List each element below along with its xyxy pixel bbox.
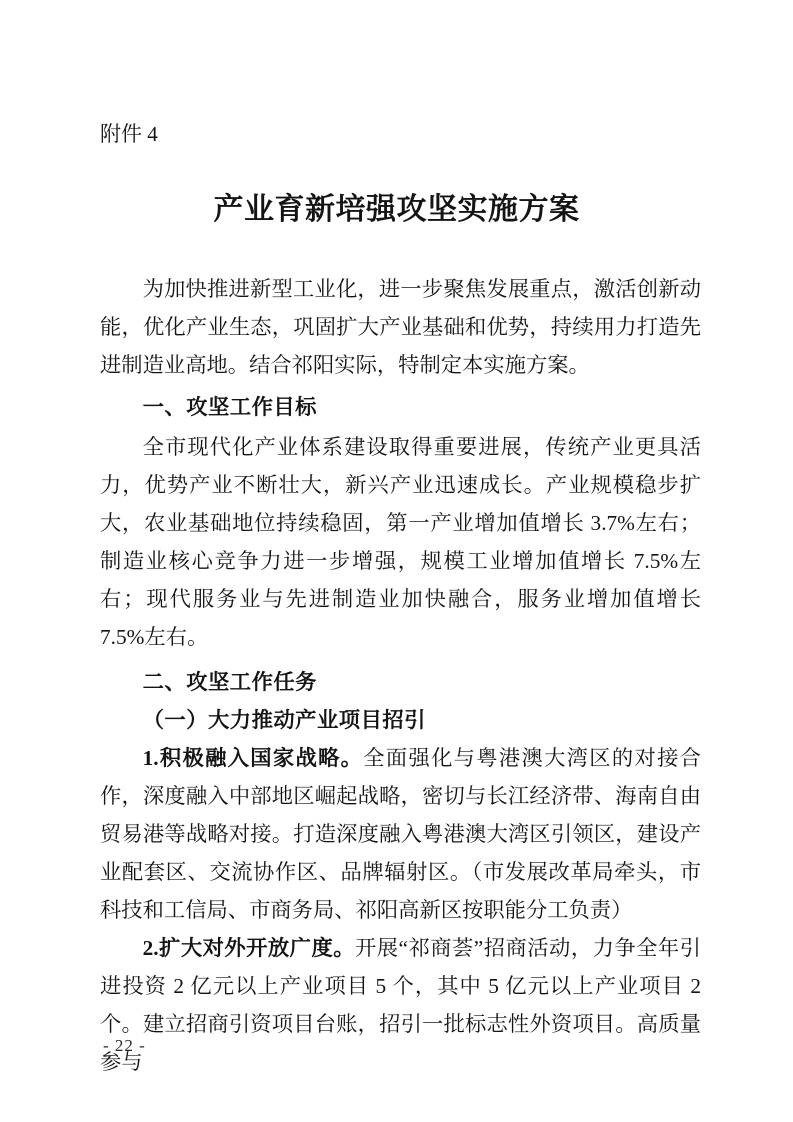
section-2-heading: 二、攻坚工作任务 (100, 663, 701, 701)
task-2-lead: 2.扩大对外开放广度。 (143, 936, 355, 960)
attachment-label: 附件 4 (100, 119, 158, 149)
task-1-paragraph: 1.积极融入国家战略。全面强化与粤港澳大湾区的对接合作，深度融入中部地区崛起战略… (100, 739, 701, 929)
task-1-text: 全面强化与粤港澳大湾区的对接合作，深度融入中部地区崛起战略，密切与长江经济带、海… (100, 746, 701, 922)
section-1-paragraph: 全市现代化产业体系建设取得重要进展，传统产业更具活力，优势产业不断壮大，新兴产业… (100, 428, 701, 656)
intro-paragraph: 为加快推进新型工业化，进一步聚焦发展重点，激活创新动能，优化产业生态，巩固扩大产… (100, 270, 701, 384)
document-body: 为加快推进新型工业化，进一步聚焦发展重点，激活创新动能，优化产业生态，巩固扩大产… (100, 270, 701, 1081)
task-2-paragraph: 2.扩大对外开放广度。开展“祁商荟”招商活动，力争全年引进投资 2 亿元以上产业… (100, 929, 701, 1081)
task-1-lead: 1.积极融入国家战略。 (143, 746, 364, 770)
document-page: 附件 4 产业育新培强攻坚实施方案 为加快推进新型工业化，进一步聚焦发展重点，激… (0, 0, 793, 1122)
page-number: - 22 - (103, 1034, 146, 1058)
section-1-heading: 一、攻坚工作目标 (100, 388, 701, 426)
document-title: 产业育新培强攻坚实施方案 (0, 188, 793, 232)
section-2-subsection-1-heading: （一）大力推动产业项目招引 (100, 701, 701, 739)
